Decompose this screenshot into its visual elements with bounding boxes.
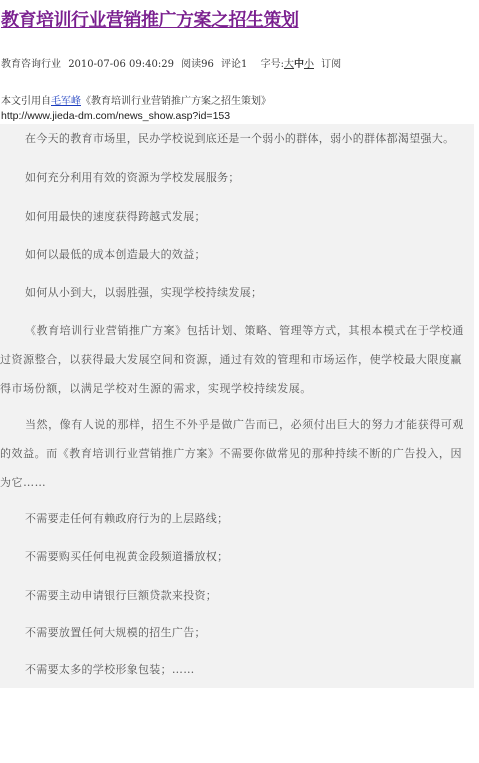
- comment-count[interactable]: 评论1: [221, 59, 247, 70]
- paragraph: 如何用最快的速度获得跨越式发展；: [25, 208, 206, 224]
- source-url[interactable]: http://www.jieda-dm.com/news_show.asp?id…: [1, 110, 230, 122]
- category-link[interactable]: 教育咨询行业: [1, 59, 61, 70]
- paragraph: 《教育培训行业营销推广方案》包括计划、策略、管理等方式，其根本模式在于学校通过资…: [0, 316, 472, 403]
- read-count: 阅读96: [181, 59, 214, 70]
- author-link[interactable]: 毛军峰: [51, 96, 81, 107]
- paragraph: 如何充分利用有效的资源为学校发展服务；: [25, 169, 240, 185]
- paragraph: 当然，像有人说的那样，招生不外乎是做广告而已，必须付出巨大的努力才能获得可观的效…: [0, 410, 472, 497]
- paragraph: 不需要放置任何大规模的招生广告；: [25, 624, 206, 640]
- font-size-label: 字号:: [261, 59, 284, 70]
- article-title[interactable]: 教育培训行业营销推广方案之招生策划: [1, 6, 299, 32]
- citation-prefix: 本文引用自: [1, 96, 51, 107]
- paragraph: 不需要太多的学校形象包装；……: [25, 661, 195, 677]
- paragraph: 不需要购买任何电视黄金段频道播放权；: [25, 548, 228, 564]
- article-body: 在今天的教育市场里，民办学校说到底还是一个弱小的群体，弱小的群体都渴望强大。 如…: [0, 124, 474, 688]
- paragraph: 不需要走任何有赖政府行为的上层路线；: [25, 510, 228, 526]
- font-small-button[interactable]: 小: [304, 59, 314, 70]
- subscribe-link[interactable]: 订阅: [321, 59, 341, 70]
- font-medium-button[interactable]: 中: [294, 59, 304, 70]
- paragraph: 如何从小到大，以弱胜强，实现学校持续发展；: [25, 284, 262, 300]
- paragraph: 在今天的教育市场里，民办学校说到底还是一个弱小的群体，弱小的群体都渴望强大。: [25, 130, 454, 146]
- publish-datetime: 2010-07-06 09:40:29: [68, 59, 174, 70]
- paragraph: 不需要主动申请银行巨额贷款来投资；: [25, 587, 217, 603]
- paragraph: 如何以最低的成本创造最大的效益；: [25, 246, 206, 262]
- citation: 本文引用自毛军峰《教育培训行业营销推广方案之招生策划》: [1, 92, 271, 107]
- source-title: 《教育培训行业营销推广方案之招生策划》: [81, 96, 271, 107]
- article-meta: 教育咨询行业 2010-07-06 09:40:29 阅读96 评论1 字号:大…: [1, 55, 345, 70]
- font-large-button[interactable]: 大: [284, 59, 294, 70]
